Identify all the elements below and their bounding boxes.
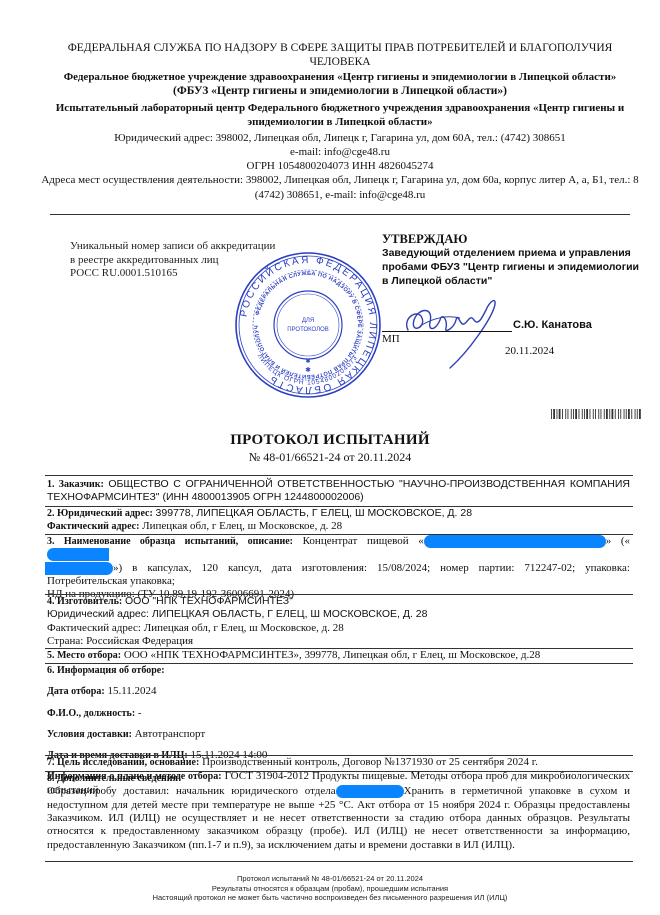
manufacturer-legal: Юридический адрес: ЛИПЕЦКАЯ ОБЛАСТЬ, Г Е… [47, 608, 630, 621]
lab-name: Испытательный лабораторный центр Федерал… [40, 102, 640, 129]
section-label: 1. Заказчик: [47, 479, 104, 490]
approval-block: УТВЕРЖДАЮ Заведующий отделением приема и… [382, 232, 642, 288]
approval-position: Заведующий отделением приема и управлени… [382, 246, 642, 288]
redaction [45, 562, 113, 575]
sampler-name: - [138, 707, 142, 719]
agency-name: ФЕДЕРАЛЬНАЯ СЛУЖБА ПО НАДЗОРУ В СФЕРЕ ЗА… [40, 41, 640, 69]
svg-text:✱: ✱ [305, 358, 310, 365]
footer-reproduction-note: Настоящий протокол не может быть частичн… [0, 893, 660, 903]
manufacturer-country: Страна: Российская Федерация [47, 635, 630, 648]
redaction [336, 785, 404, 798]
redaction [47, 548, 109, 561]
section-label: Фактический адрес: [47, 521, 139, 532]
sampling-date: 15.11.2024 [107, 685, 156, 697]
institution-short: (ФБУЗ «Центр гигиены и эпидемиологии в Л… [30, 84, 650, 98]
section-label: 2. Юридический адрес: [47, 508, 153, 519]
signature-line [382, 331, 512, 332]
field-label: Дата отбора: [47, 686, 105, 697]
protocol-number: № 48-01/66521-24 от 20.11.2024 [0, 450, 660, 465]
customer-text: ОБЩЕСТВО С ОГРАНИЧЕННОЙ ОТВЕТСТВЕННОСТЬЮ… [47, 478, 630, 503]
section-purpose: 7. Цель исследований, основание: Произво… [47, 756, 630, 769]
section-manufacturer: 4. Изготовитель: ООО "НПК ТЕХНОФАРМСИНТЕ… [47, 595, 630, 648]
signer-name: С.Ю. Канатова [513, 319, 592, 331]
lab-contacts: Юридический адрес: 398002, Липецкая обл,… [40, 131, 640, 173]
institution-full: Федеральное бюджетное учреждение здравоо… [30, 70, 650, 84]
additional-text: Образец/пробу доставил: начальник юридич… [47, 785, 336, 797]
section-label: 4. Изготовитель: [47, 596, 122, 607]
official-stamp: РОССИЙСКАЯ ФЕДЕРАЦИЯ ЛИПЕЦКАЯ ОБЛАСТЬ ФЕ… [233, 250, 383, 400]
manufacturer-text: ООО "НПК ТЕХНОФАРМСИНТЕЗ" [125, 595, 293, 607]
stamp-center-line1: ДЛЯ [302, 318, 314, 324]
section-legal-address: 2. Юридический адрес: 399778, ЛИПЕЦКАЯ О… [47, 507, 630, 534]
section-customer: 1. Заказчик: ОБЩЕСТВО С ОГРАНИЧЕННОЙ ОТВ… [47, 478, 630, 505]
section-label: 3. Наименование образца испытаний, описа… [47, 536, 293, 547]
divider [45, 475, 633, 476]
sample-text: Концентрат пищевой « [303, 535, 424, 547]
activity-address: Адреса мест осуществления деятельности: … [40, 173, 640, 203]
sample-text: ») в капсулах, 120 капсул, дата изготовл… [47, 562, 630, 587]
email: e-mail: info@cge48.ru [40, 145, 640, 159]
approval-title: УТВЕРЖДАЮ [382, 232, 642, 246]
section-additional: 8. Дополнительные сведения: Образец/проб… [47, 772, 630, 852]
section-label: 6. Информация об отборе: [47, 665, 165, 676]
institution-name: Федеральное бюджетное учреждение здравоо… [30, 70, 650, 98]
manufacturer-fact: Фактический адрес: Липецкая обл, г Елец,… [47, 622, 630, 635]
section-label: 5. Место отбора: [47, 650, 121, 661]
seal-place-label: МП [382, 333, 400, 345]
section-sample: 3. Наименование образца испытаний, описа… [47, 535, 630, 602]
signature [400, 290, 510, 370]
page-footer: Протокол испытаний № 48-01/66521-24 от 2… [0, 874, 660, 903]
approval-date: 20.11.2024 [505, 345, 554, 357]
legal-address-text: 399778, ЛИПЕЦКАЯ ОБЛАСТЬ, Г ЕЛЕЦ, Ш МОСК… [156, 507, 473, 519]
section-label: 8. Дополнительные сведения: [47, 773, 181, 784]
stamp-center-line2: ПРОТОКОЛОВ [287, 327, 329, 333]
redaction [424, 535, 606, 548]
divider [45, 861, 633, 862]
legal-address: Юридический адрес: 398002, Липецкая обл,… [40, 131, 640, 145]
delivery-conditions: Автотранспорт [135, 728, 206, 740]
sample-text: » (« [606, 535, 630, 547]
footer-protocol: Протокол испытаний № 48-01/66521-24 от 2… [0, 874, 660, 884]
header-divider [50, 214, 630, 215]
purpose-text: Производственный контроль, Договор №1371… [202, 756, 538, 768]
sampling-place-text: ООО «НПК ТЕХНОФАРМСИНТЕЗ», 399778, Липец… [124, 649, 540, 661]
field-label: Условия доставки: [47, 729, 132, 740]
svg-text:✱: ✱ [305, 366, 311, 374]
protocol-title: ПРОТОКОЛ ИСПЫТАНИЙ [0, 432, 660, 449]
section-sampling-place: 5. Место отбора: ООО «НПК ТЕХНОФАРМСИНТЕ… [47, 649, 630, 662]
ogrn-inn: ОГРН 1054800204073 ИНН 4826045274 [40, 159, 640, 173]
footer-results-note: Результаты относятся к образцам (пробам)… [0, 884, 660, 894]
section-label: 7. Цель исследований, основание: [47, 757, 199, 768]
barcode [551, 406, 641, 416]
field-label: Ф.И.О., должность: [47, 708, 135, 719]
fact-address-text: Липецкая обл, г Елец, ш Московское, д. 2… [142, 520, 342, 532]
